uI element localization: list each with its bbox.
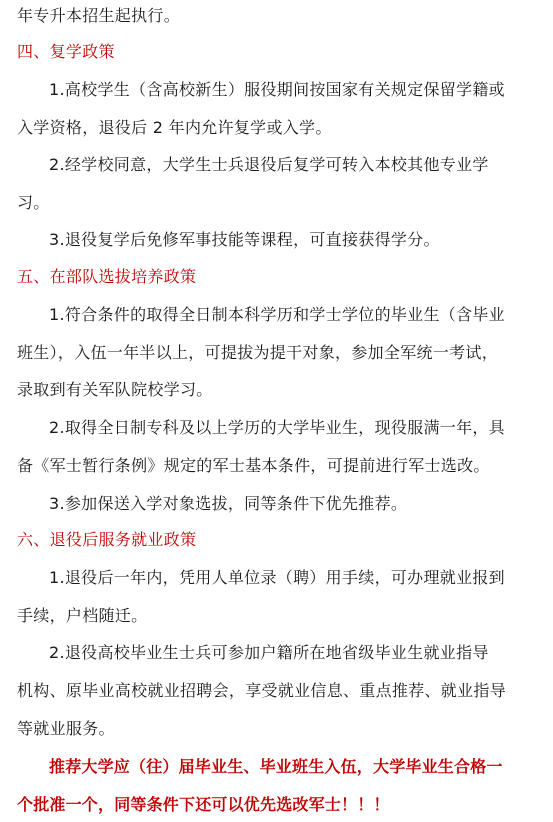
employment-item-1-cont: 手续，户档随迁。 [17,606,147,626]
resume-study-item-2: 2.经学校同意，大学生士兵退役后复学可转入本校其他专业学 [49,155,489,175]
employment-item-1: 1.退役后一年内，凭用人单位录（聘）用手续，可办理就业报到 [49,568,505,588]
employment-item-2-cont: 机构、原毕业高校就业招聘会，享受就业信息、重点推荐、就业指导 [17,681,506,701]
army-selection-item-1-cont: 班生），入伍一年半以上，可提拔为提干对象，参加全军统一考试， [17,343,498,363]
section-heading-resume-study: 四、复学政策 [17,42,115,62]
resume-study-item-2-cont: 习。 [17,193,50,213]
paragraph-tail-line: 年专升本招生起执行。 [17,6,180,26]
army-selection-item-3: 3.参加保送入学对象选拔，同等条件下优先推荐。 [49,494,407,514]
army-selection-item-1-cont2: 录取到有关军队院校学习。 [17,380,213,400]
employment-item-2-cont2: 等就业服务。 [17,719,115,739]
employment-item-2: 2.退役高校毕业生士兵可参加户籍所在地省级毕业生就业指导 [49,643,489,663]
section-heading-army-selection: 五、在部队选拔培养政策 [17,267,196,287]
resume-study-item-1: 1.高校学生（含高校新生）服役期间按国家有关规定保留学籍或 [49,80,505,100]
section-heading-employment: 六、退役后服务就业政策 [17,530,196,550]
resume-study-item-1-cont: 入学资格，退役后 2 年内允许复学或入学。 [17,118,332,138]
resume-study-item-3: 3.退役复学后免修军事技能等课程，可直接获得学分。 [49,230,440,250]
army-selection-item-2-cont: 备《军士暂行条例》规定的军士基本条件，可提前进行军士选改。 [17,456,490,476]
army-selection-item-2: 2.取得全日制专科及以上学历的大学毕业生，现役服满一年，具 [49,418,505,438]
emphasis-recommendation: 推荐大学应（往）届毕业生、毕业班生入伍，大学毕业生合格一 [49,757,503,777]
emphasis-recommendation-cont: 个批准一个，同等条件下还可以优先选改军士！！！ [17,795,390,815]
army-selection-item-1: 1.符合条件的取得全日制本科学历和学士学位的毕业生（含毕业 [49,305,505,325]
